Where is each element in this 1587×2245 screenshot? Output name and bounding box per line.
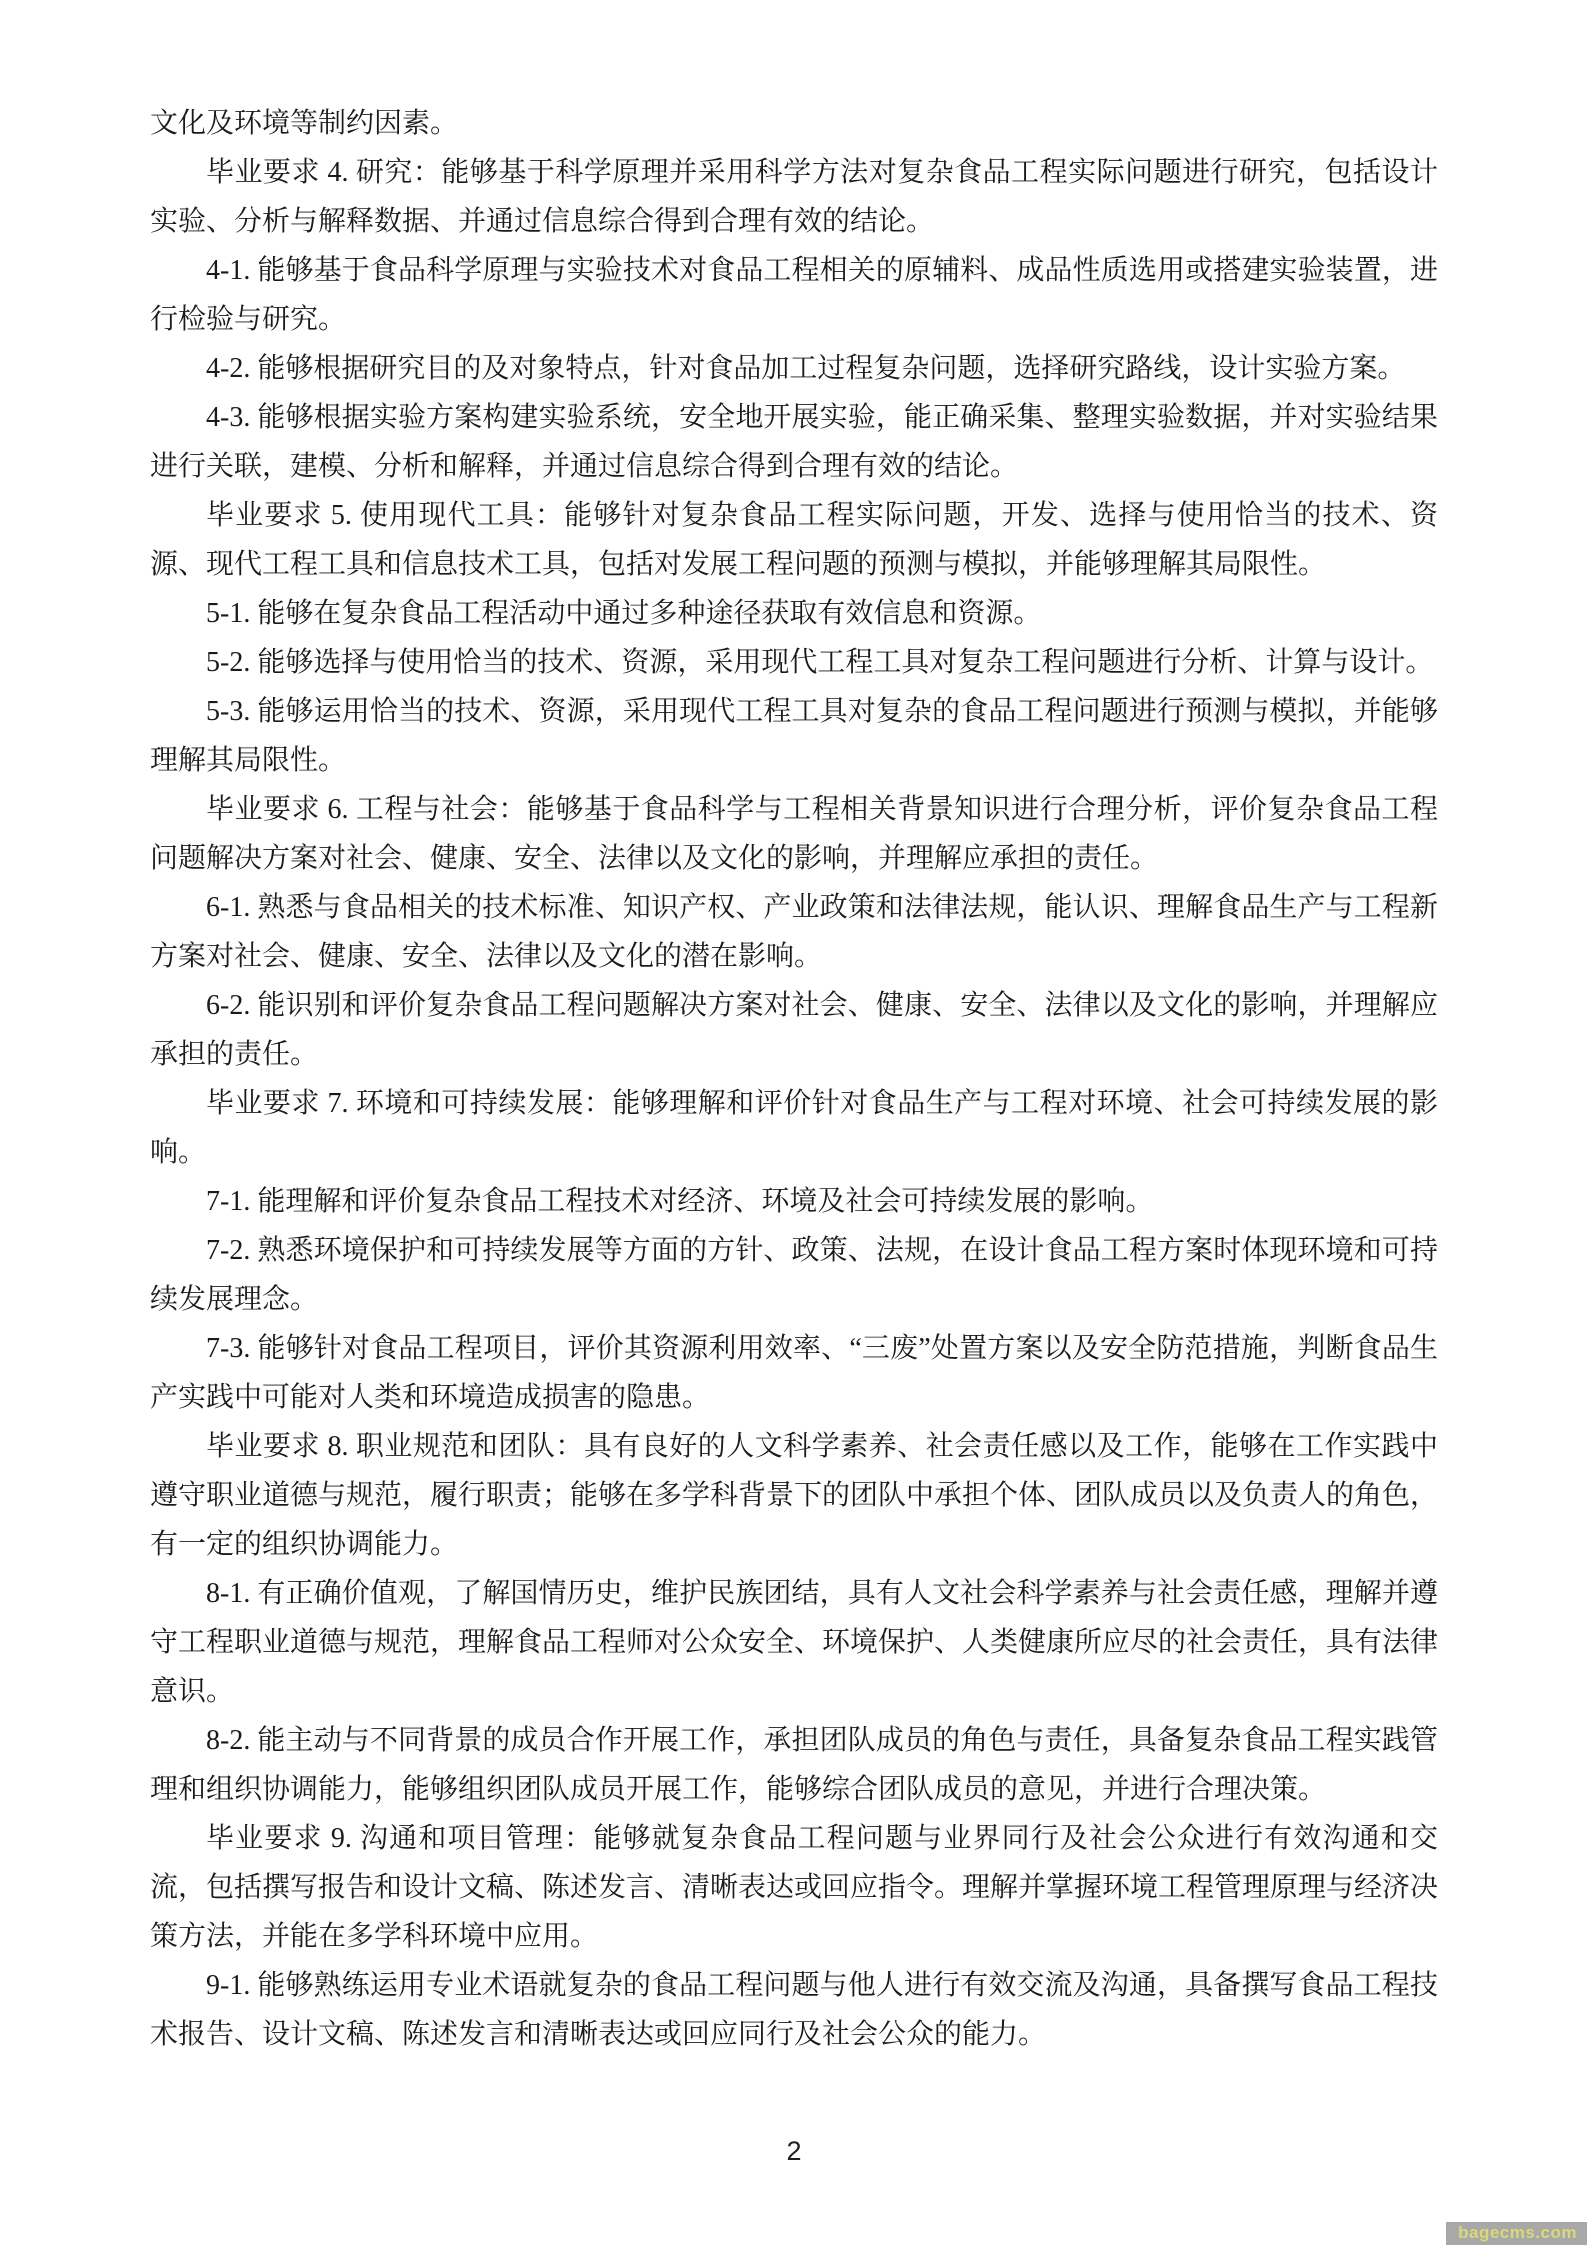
paragraph-req-7: 毕业要求 7. 环境和可持续发展：能够理解和评价针对食品生产与工程对环境、社会可…: [150, 1079, 1438, 1177]
watermark-badge: bagecms.com: [1446, 2222, 1587, 2245]
paragraph-4-1: 4-1. 能够基于食品科学原理与实验技术对食品工程相关的原辅料、成品性质选用或搭…: [150, 246, 1438, 344]
paragraph-5-2: 5-2. 能够选择与使用恰当的技术、资源，采用现代工程工具对复杂工程问题进行分析…: [150, 638, 1438, 687]
paragraph-4-2: 4-2. 能够根据研究目的及对象特点，针对食品加工过程复杂问题，选择研究路线，设…: [150, 344, 1438, 393]
paragraph-7-1: 7-1. 能理解和评价复杂食品工程技术对经济、环境及社会可持续发展的影响。: [150, 1177, 1438, 1226]
paragraph-req-9: 毕业要求 9. 沟通和项目管理：能够就复杂食品工程问题与业界同行及社会公众进行有…: [150, 1814, 1438, 1961]
page-number: 2: [150, 2136, 1438, 2167]
paragraph-6-1: 6-1. 熟悉与食品相关的技术标准、知识产权、产业政策和法律法规，能认识、理解食…: [150, 883, 1438, 981]
paragraph-4-3: 4-3. 能够根据实验方案构建实验系统，安全地开展实验，能正确采集、整理实验数据…: [150, 393, 1438, 491]
paragraph-req-6: 毕业要求 6. 工程与社会：能够基于食品科学与工程相关背景知识进行合理分析，评价…: [150, 785, 1438, 883]
paragraph-req-8: 毕业要求 8. 职业规范和团队：具有良好的人文科学素养、社会责任感以及工作，能够…: [150, 1422, 1438, 1569]
paragraph-req-5: 毕业要求 5. 使用现代工具：能够针对复杂食品工程实际问题，开发、选择与使用恰当…: [150, 491, 1438, 589]
paragraph-9-1: 9-1. 能够熟练运用专业术语就复杂的食品工程问题与他人进行有效交流及沟通，具备…: [150, 1961, 1438, 2059]
paragraph-8-2: 8-2. 能主动与不同背景的成员合作开展工作，承担团队成员的角色与责任，具备复杂…: [150, 1716, 1438, 1814]
document-body: 文化及环境等制约因素。 毕业要求 4. 研究：能够基于科学原理并采用科学方法对复…: [150, 99, 1438, 2059]
paragraph-7-2: 7-2. 熟悉环境保护和可持续发展等方面的方针、政策、法规，在设计食品工程方案时…: [150, 1226, 1438, 1324]
document-page: { "doc": { "paragraphs": [ "文化及环境等制约因素。"…: [0, 0, 1587, 2245]
paragraph-5-1: 5-1. 能够在复杂食品工程活动中通过多种途径获取有效信息和资源。: [150, 589, 1438, 638]
paragraph-8-1: 8-1. 有正确价值观，了解国情历史，维护民族团结，具有人文社会科学素养与社会责…: [150, 1569, 1438, 1716]
paragraph-7-3: 7-3. 能够针对食品工程项目，评价其资源利用效率、“三废”处置方案以及安全防范…: [150, 1324, 1438, 1422]
paragraph-continuation: 文化及环境等制约因素。: [150, 99, 1438, 148]
paragraph-6-2: 6-2. 能识别和评价复杂食品工程问题解决方案对社会、健康、安全、法律以及文化的…: [150, 981, 1438, 1079]
paragraph-5-3: 5-3. 能够运用恰当的技术、资源，采用现代工程工具对复杂的食品工程问题进行预测…: [150, 687, 1438, 785]
paragraph-req-4: 毕业要求 4. 研究：能够基于科学原理并采用科学方法对复杂食品工程实际问题进行研…: [150, 148, 1438, 246]
